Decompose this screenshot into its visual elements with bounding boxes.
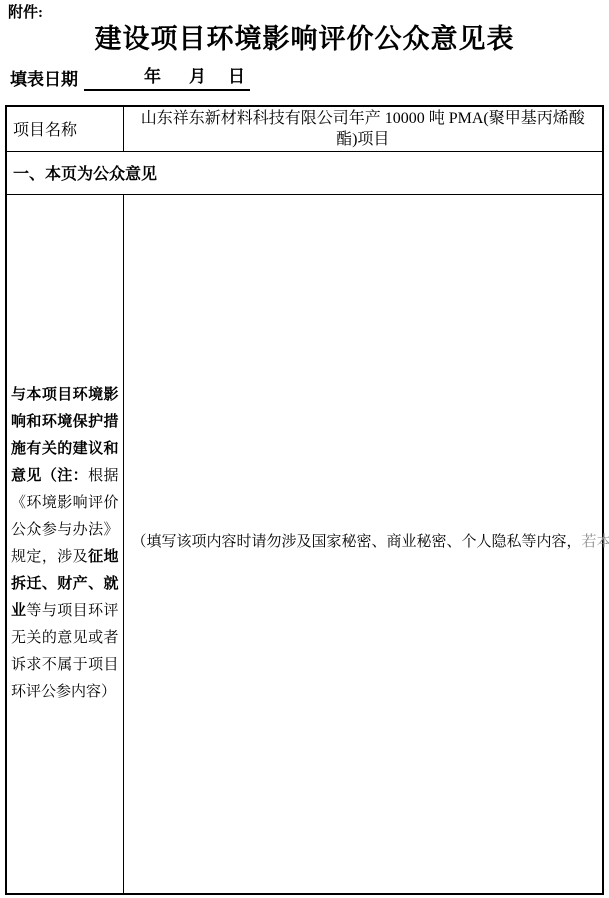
section-title: 一、本页为公众意见 <box>6 151 603 194</box>
project-name-label: 项目名称 <box>6 106 123 151</box>
opinion-label-cell: 与本项目环境影响和环境保护措施有关的建议和意见（注：根据《环境影响评价公众参与办… <box>6 194 123 894</box>
opinion-row: 与本项目环境影响和环境保护措施有关的建议和意见（注：根据《环境影响评价公众参与办… <box>6 194 603 894</box>
date-day-label: 日 <box>228 66 245 88</box>
opinion-label-text: 与本项目环境影响和环境保护措施有关的建议和意见（注：根据《环境影响评价公众参与办… <box>11 382 119 706</box>
date-line: 填表日期年月日 <box>10 66 250 91</box>
project-name-value: 山东祥东新材料科技有限公司年产 10000 吨 PMA(聚甲基丙烯酸酯)项目 <box>123 106 603 151</box>
date-year-label: 年 <box>144 66 161 88</box>
opinion-label-bold-part-3: 业 <box>11 603 26 619</box>
opinion-note: （填写该项内容时请勿涉及国家秘密、商业秘密、个人隐私等内容，若本页不 <box>125 532 602 556</box>
date-fill-in-blank[interactable]: 年月日 <box>84 66 250 91</box>
opinion-content-area[interactable]: （填写该项内容时请勿涉及国家秘密、商业秘密、个人隐私等内容，若本页不 <box>123 194 603 894</box>
opinion-note-main: （填写该项内容时请勿涉及国家秘密、商业秘密、个人隐私等内容， <box>132 534 582 550</box>
opinion-note-clipped: 若本页不 <box>582 534 609 550</box>
opinion-label-regular-part-2: 等与项目环评无关的意见或者诉求不属于项目环评公参内容） <box>11 603 119 700</box>
page-title: 建设项目环境影响评价公众意见表 <box>0 17 609 56</box>
document-page: 附件: 建设项目环境影响评价公众意见表 填表日期年月日 项目名称 山东祥东新材料… <box>0 0 609 898</box>
project-name-row: 项目名称 山东祥东新材料科技有限公司年产 10000 吨 PMA(聚甲基丙烯酸酯… <box>6 106 603 151</box>
public-opinion-form-table: 项目名称 山东祥东新材料科技有限公司年产 10000 吨 PMA(聚甲基丙烯酸酯… <box>5 105 604 895</box>
date-label: 填表日期 <box>10 70 78 89</box>
section-header-row: 一、本页为公众意见 <box>6 151 603 194</box>
date-month-label: 月 <box>189 66 206 88</box>
